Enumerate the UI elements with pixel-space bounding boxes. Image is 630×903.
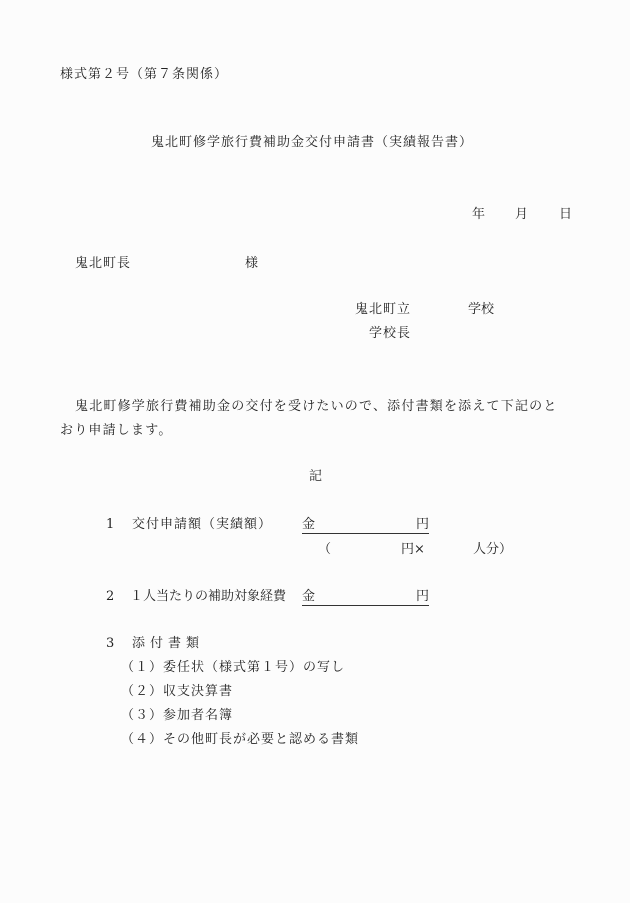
form-label: 様式第２号（第７条関係） bbox=[60, 68, 228, 81]
year-label: 年 bbox=[472, 208, 485, 221]
item-number: 3 bbox=[106, 637, 114, 650]
item-label: １人当たりの補助対象経費 bbox=[130, 590, 286, 603]
attachment-item: （４）その他町長が必要と認める書類 bbox=[121, 733, 359, 746]
amount-field[interactable]: 金 円 bbox=[302, 518, 429, 534]
body-line-1: 鬼北町修学旅行費補助金の交付を受けたいので、添付書類を添えて下記のと bbox=[75, 400, 558, 413]
addressee-honorific: 様 bbox=[245, 257, 258, 270]
breakdown-open-paren: （ bbox=[318, 543, 331, 556]
amount-prefix: 金 bbox=[302, 590, 315, 603]
breakdown-people-unit: 人分） bbox=[473, 543, 512, 556]
addressee-name: 鬼北町長 bbox=[75, 257, 131, 270]
attachment-item: （３）参加者名簿 bbox=[121, 709, 233, 722]
month-label: 月 bbox=[515, 208, 528, 221]
item-label: 交付申請額（実績額） bbox=[132, 518, 272, 531]
day-label: 日 bbox=[559, 208, 572, 221]
amount-prefix: 金 bbox=[302, 518, 315, 531]
body-line-2: おり申請します。 bbox=[60, 424, 173, 437]
ki-heading: 記 bbox=[309, 470, 322, 483]
school-suffix: 学校 bbox=[468, 303, 494, 316]
amount-suffix: 円 bbox=[416, 518, 429, 531]
amount-suffix: 円 bbox=[416, 590, 429, 603]
amount-field[interactable]: 金 円 bbox=[302, 590, 429, 606]
item-label: 添付書類 bbox=[132, 637, 204, 650]
document-title: 鬼北町修学旅行費補助金交付申請書（実績報告書） bbox=[151, 136, 473, 149]
item-number: 2 bbox=[106, 590, 114, 603]
attachment-item: （１）委任状（様式第１号）の写し bbox=[121, 661, 345, 674]
item-number: 1 bbox=[106, 518, 114, 531]
principal-label: 学校長 bbox=[369, 327, 411, 340]
attachment-item: （２）収支決算書 bbox=[121, 685, 233, 698]
school-prefix: 鬼北町立 bbox=[355, 303, 411, 316]
breakdown-per-person-unit: 円× bbox=[401, 543, 425, 556]
